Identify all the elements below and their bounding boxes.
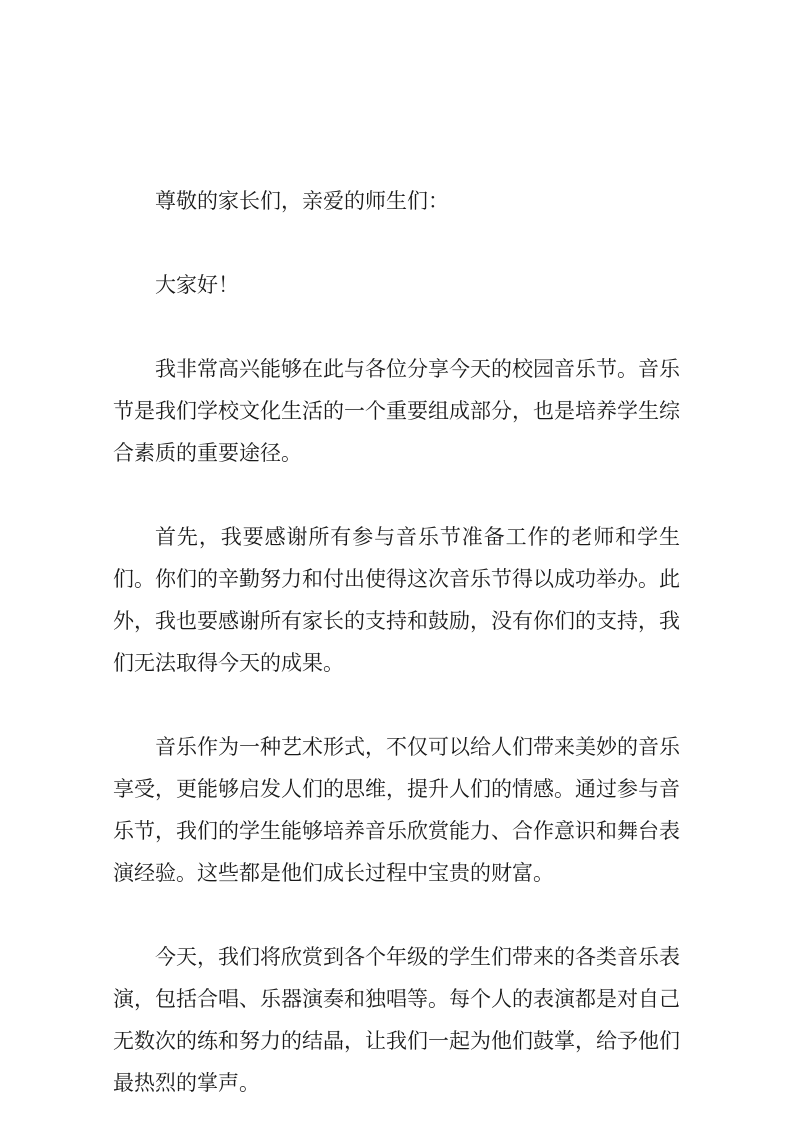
paragraph: 音乐作为一种艺术形式，不仅可以给人们带来美妙的音乐享受，更能够启发人们的思维，提… — [113, 726, 680, 894]
document-page: 尊敬的家长们，亲爱的师生们：大家好！我非常高兴能够在此与各位分享今天的校园音乐节… — [0, 0, 793, 1122]
paragraph: 大家好！ — [113, 264, 680, 306]
paragraph: 首先，我要感谢所有参与音乐节准备工作的老师和学生们。你们的辛勤努力和付出使得这次… — [113, 516, 680, 684]
paragraph: 今天，我们将欣赏到各个年级的学生们带来的各类音乐表演，包括合唱、乐器演奏和独唱等… — [113, 936, 680, 1104]
paragraph: 尊敬的家长们，亲爱的师生们： — [113, 180, 680, 222]
paragraph: 我非常高兴能够在此与各位分享今天的校园音乐节。音乐节是我们学校文化生活的一个重要… — [113, 348, 680, 474]
document-body: 尊敬的家长们，亲爱的师生们：大家好！我非常高兴能够在此与各位分享今天的校园音乐节… — [113, 180, 680, 1104]
